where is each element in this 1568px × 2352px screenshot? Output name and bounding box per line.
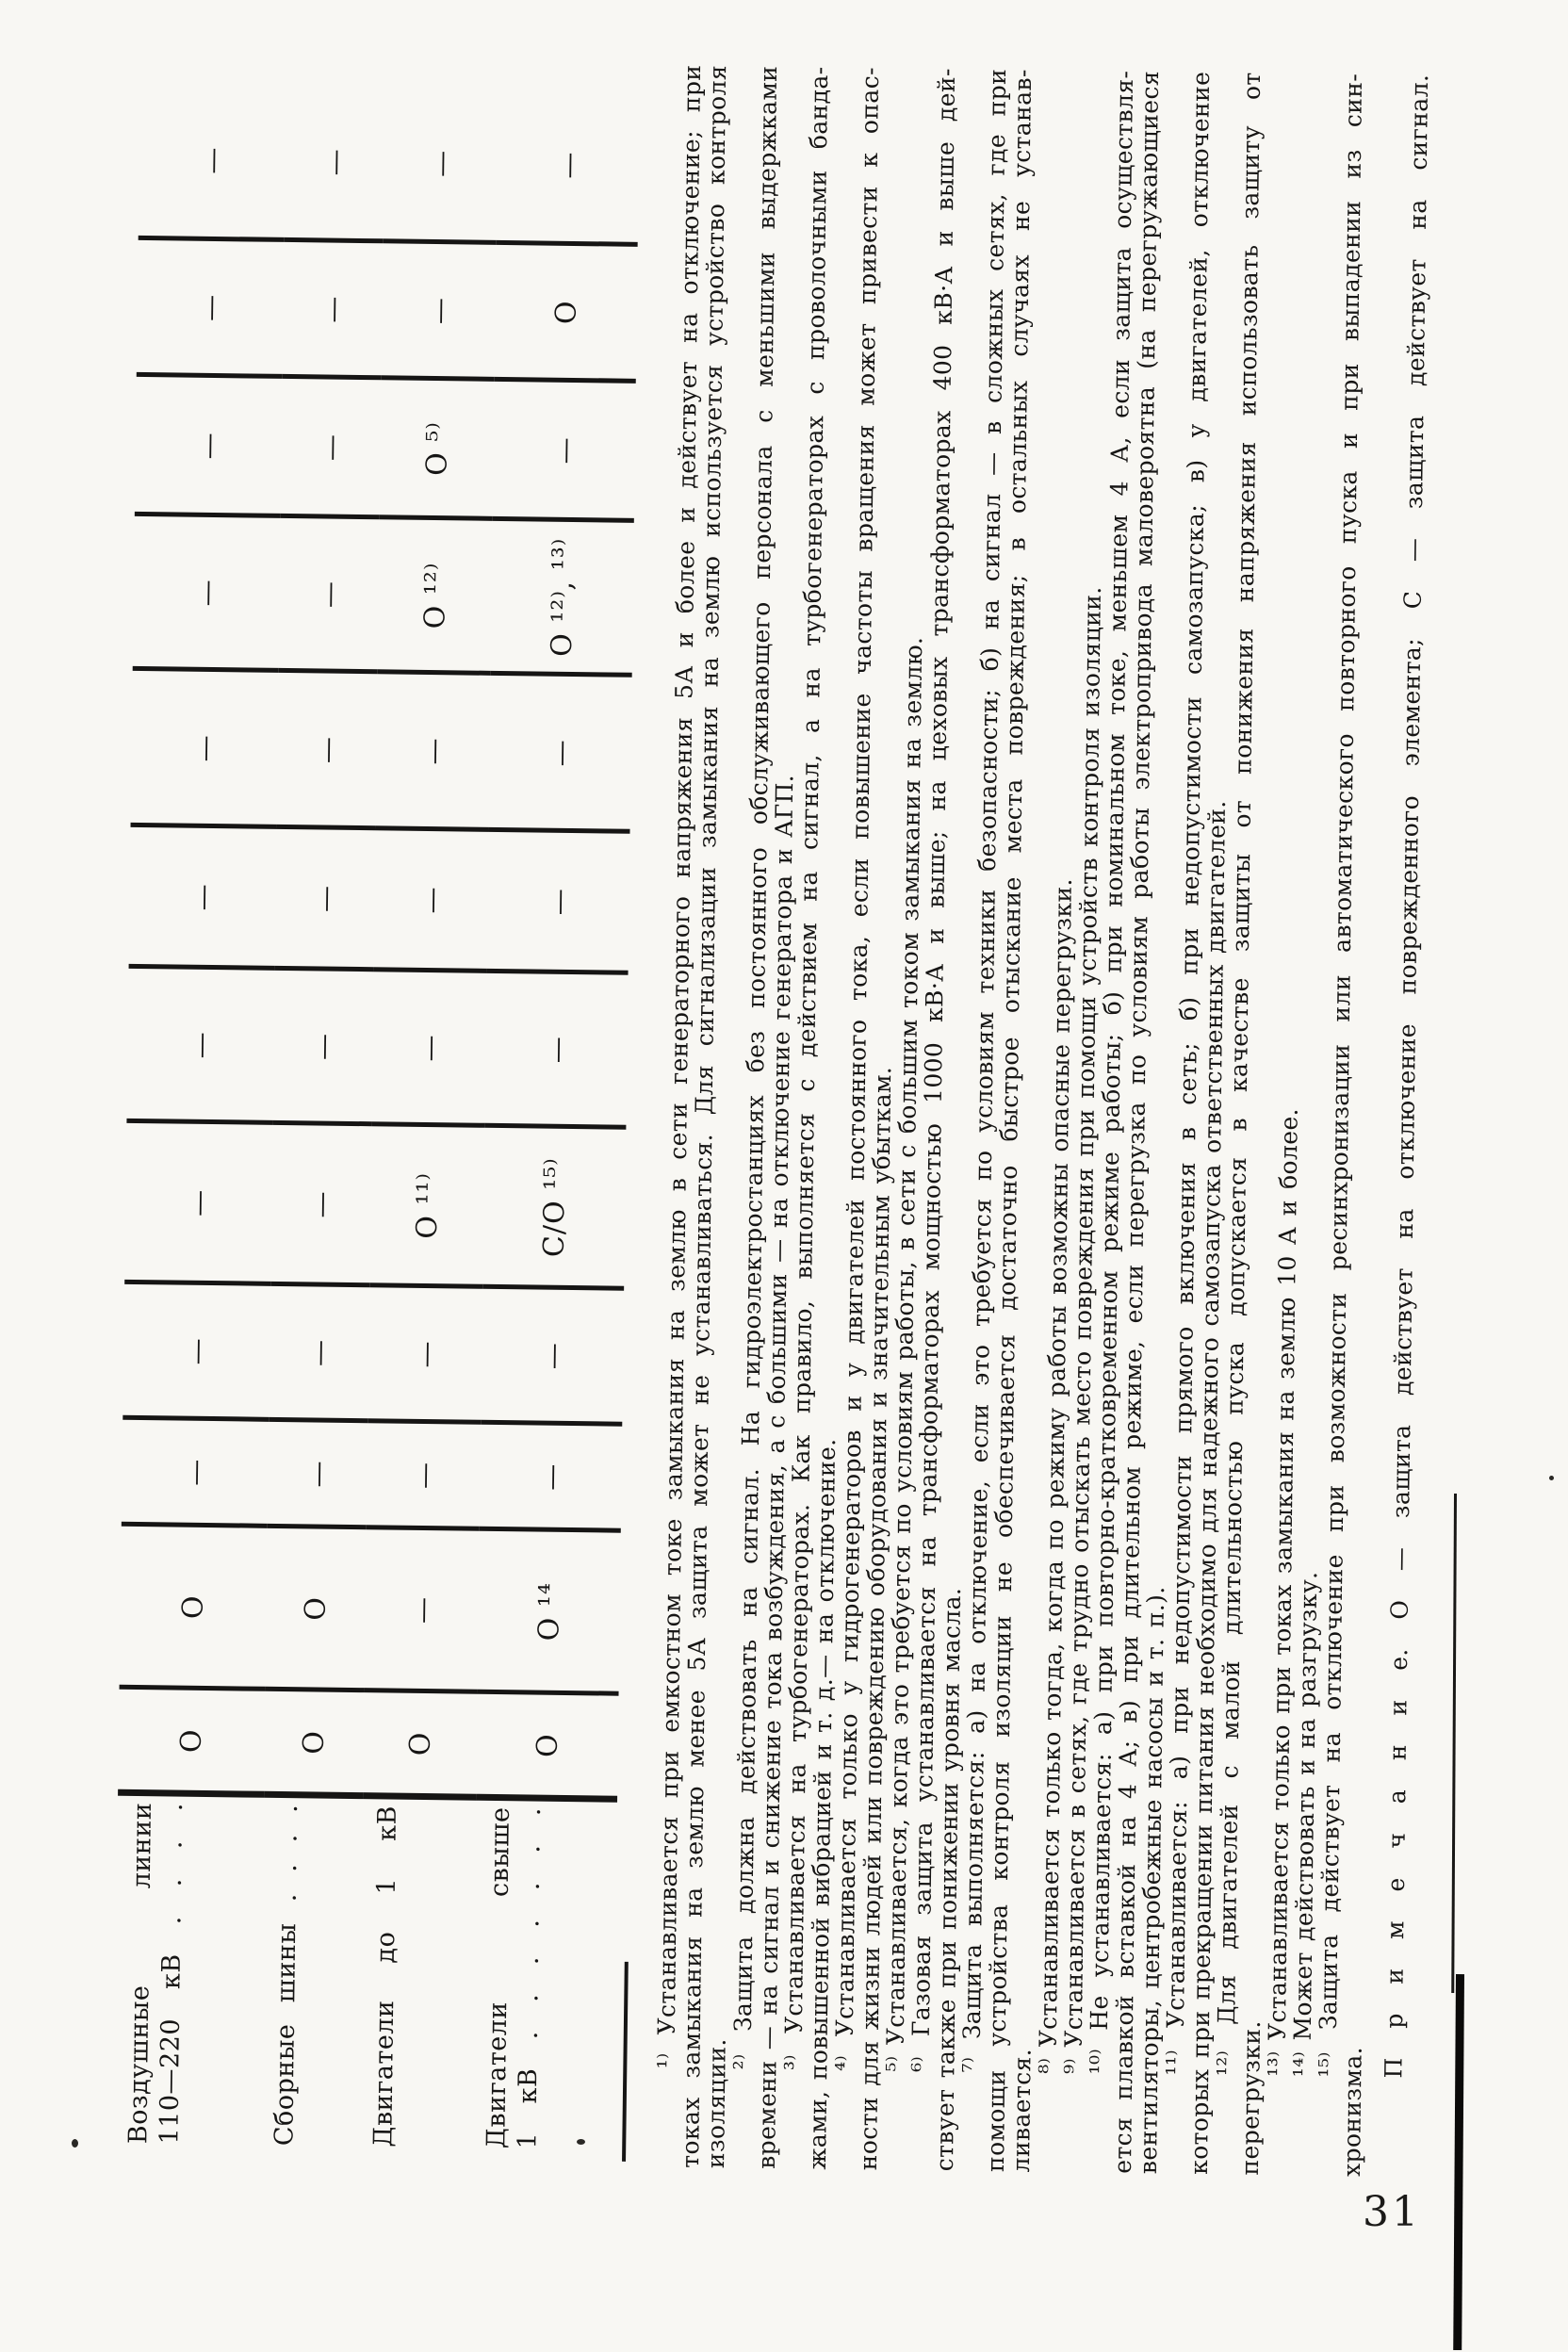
table-cell: — xyxy=(285,85,385,241)
ink-speck xyxy=(577,2139,585,2145)
table-cell: — xyxy=(376,672,491,830)
ink-speck xyxy=(1549,1476,1554,1480)
dash-mark: — xyxy=(187,883,218,910)
table-cell: — xyxy=(374,828,489,972)
table-cell: — xyxy=(124,1121,272,1284)
dash-mark: — xyxy=(302,1460,333,1487)
dash-mark: — xyxy=(552,151,583,178)
dash-mark: — xyxy=(311,736,342,763)
table-cell: — xyxy=(283,240,384,378)
dash-mark: — xyxy=(303,1339,335,1366)
table-cell: — xyxy=(493,380,636,521)
table-cell: — xyxy=(489,674,632,832)
table-cell: — xyxy=(133,514,281,671)
table-row: Двигатели свыше1 кВ . . . . . . .ОО ¹⁴——… xyxy=(471,88,640,2167)
dash-mark: — xyxy=(181,1337,212,1364)
dash-mark: — xyxy=(318,295,349,322)
table-cell: О xyxy=(495,243,638,382)
row-label: Двигатели свыше1 кВ . . . . . . . xyxy=(471,1798,617,2167)
row-label-line: Воздушные линии xyxy=(122,1802,158,2144)
dash-mark: — xyxy=(305,1190,336,1217)
table-cell: О xyxy=(476,1692,618,1800)
dash-mark: — xyxy=(410,1340,441,1367)
table-cell: О xyxy=(120,1525,268,1690)
page-number: 31 xyxy=(1363,2188,1421,2236)
dash-mark: — xyxy=(423,297,454,324)
table-cell: — xyxy=(122,1282,270,1420)
table-cell: — xyxy=(275,827,376,970)
ink-speck xyxy=(72,2139,78,2148)
dash-mark: — xyxy=(191,579,222,606)
row-label-line: Сборные шины . . . . xyxy=(269,1804,304,2146)
row-label: Двигатели до 1 кВ xyxy=(358,1796,476,2165)
table-cell: — xyxy=(367,1421,481,1529)
dash-mark: — xyxy=(183,1189,214,1217)
table-cell: — xyxy=(135,375,283,516)
table-cell: — xyxy=(484,972,628,1128)
table-cell: О ¹²⁾ xyxy=(378,517,493,674)
dash-mark: — xyxy=(414,1034,445,1061)
dash-mark: — xyxy=(309,885,340,912)
dash-mark: — xyxy=(416,886,447,913)
dash-mark: — xyxy=(195,294,226,321)
table-cell: — xyxy=(365,1527,480,1692)
protection-table: Воздушные линии110—220 кВ . . . .ОО—————… xyxy=(113,83,640,2167)
table-cell: — xyxy=(277,671,378,828)
table-cell: О xyxy=(363,1690,477,1798)
dash-mark: — xyxy=(307,1033,338,1060)
table-cell: О xyxy=(118,1688,265,1795)
table-cell: — xyxy=(129,825,277,969)
dash-mark: — xyxy=(425,150,456,177)
dash-mark: — xyxy=(406,1596,437,1624)
dash-mark: — xyxy=(188,734,220,761)
table-cell: — xyxy=(367,1285,482,1423)
table-cell: О xyxy=(266,1527,367,1690)
dash-mark: — xyxy=(543,888,574,915)
table-cell: О ¹²⁾, ¹³⁾ xyxy=(491,519,634,676)
table-cell: — xyxy=(126,967,274,1123)
row-label: Воздушные линии110—220 кВ . . . . xyxy=(113,1793,264,2163)
dash-mark: — xyxy=(417,737,449,764)
footnotes-block: ¹⁾ Устанавливается при емкостном токе за… xyxy=(652,64,1432,2177)
rotated-landscape-block: Воздушные линии110—220 кВ . . . .ОО—————… xyxy=(60,49,1501,2178)
dash-mark: — xyxy=(193,432,224,459)
table-cell: С/О ¹⁵⁾ xyxy=(482,1126,626,1289)
table-cell: — xyxy=(279,516,380,672)
table-cell: — xyxy=(269,1284,369,1421)
scan-edge-line-thick xyxy=(1453,1974,1464,2350)
table-cell: — xyxy=(281,377,382,517)
row-label-line: 1 кВ . . . . . . . xyxy=(512,1807,547,2149)
protection-table-wrap: Воздушные линии110—220 кВ . . . .ОО—————… xyxy=(113,83,640,2167)
table-cell: — xyxy=(487,830,630,973)
row-label-line: Двигатели до 1 кВ xyxy=(367,1805,403,2148)
table-cell: — xyxy=(131,669,279,827)
footnote-separator-rule xyxy=(622,1962,629,2162)
row-label-line: Двигатели свыше xyxy=(481,1806,516,2148)
row-label: Сборные шины . . . . xyxy=(259,1795,363,2164)
scanned-book-page: Воздушные линии110—220 кВ . . . .ОО—————… xyxy=(0,0,1568,2352)
table-cell: О ¹¹⁾ xyxy=(369,1124,484,1287)
table-cell: — xyxy=(139,83,286,240)
table-cell: — xyxy=(382,241,497,380)
table-cell: — xyxy=(137,238,285,377)
table-cell: — xyxy=(122,1418,269,1527)
table-row: Воздушные линии110—220 кВ . . . .ОО—————… xyxy=(113,83,286,2163)
dash-mark: — xyxy=(548,436,580,464)
dash-mark: — xyxy=(179,1459,210,1486)
dash-mark: — xyxy=(537,1342,568,1369)
table-cell: — xyxy=(272,969,373,1124)
table-cell: О ¹⁴ xyxy=(478,1529,621,1694)
table-cell: — xyxy=(384,86,498,243)
dash-mark: — xyxy=(185,1031,216,1058)
table-cell: О xyxy=(264,1690,364,1796)
table-cell: О ⁵⁾ xyxy=(380,378,495,519)
dash-mark: — xyxy=(545,739,576,766)
dash-mark: — xyxy=(316,433,347,461)
table-cell: — xyxy=(481,1287,624,1425)
dash-mark: — xyxy=(535,1463,566,1491)
table-cell: — xyxy=(497,88,640,245)
table-cell: — xyxy=(480,1423,622,1531)
dash-mark: — xyxy=(541,1036,572,1063)
dash-mark: — xyxy=(314,580,345,608)
table-cell: — xyxy=(371,970,486,1126)
table-cell: — xyxy=(270,1123,371,1285)
table-cell: — xyxy=(268,1420,367,1527)
dash-mark: — xyxy=(197,146,228,173)
row-label-line: 110—220 кВ . . . . xyxy=(154,1803,189,2145)
dash-mark: — xyxy=(408,1462,439,1489)
dash-mark: — xyxy=(319,148,351,175)
